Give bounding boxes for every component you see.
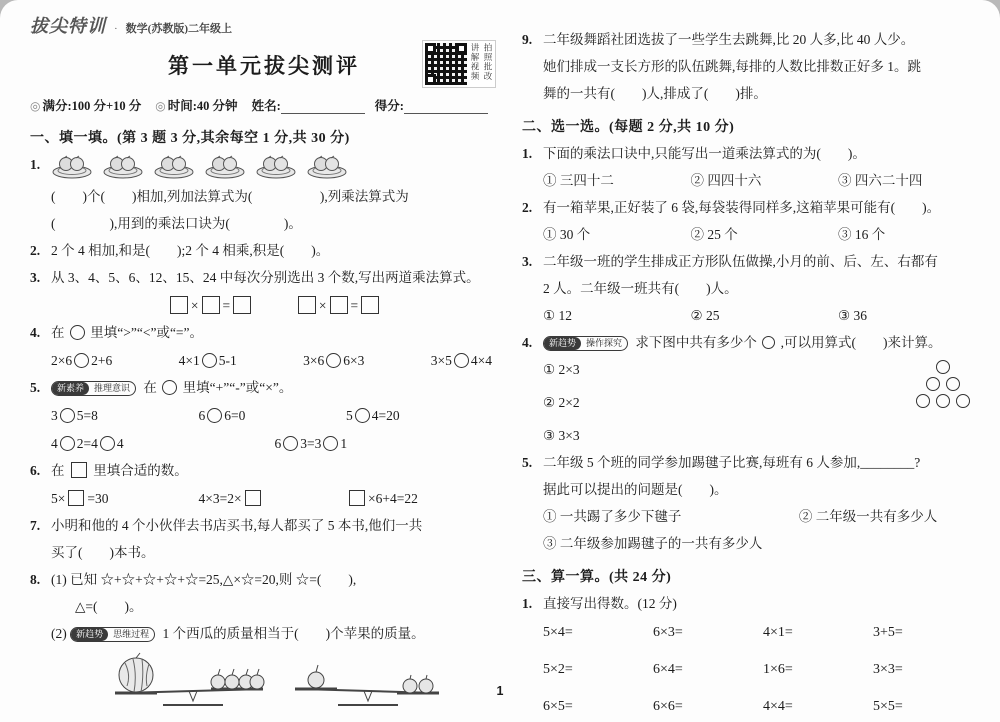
question-3: 3. 从 3、4、5、6、12、15、24 中每次分别选出 3 个数,写出两道乘… bbox=[30, 268, 498, 315]
score-label: 得分: bbox=[375, 96, 404, 114]
diagram-circle bbox=[936, 394, 950, 408]
question-6-intro-post: 里填合适的数。 bbox=[93, 463, 188, 478]
question-7: 7. 小明和他的 4 个小伙伴去书店买书,每人都买了 5 本书,他们一共 买了(… bbox=[30, 516, 498, 562]
qr-caption-grade: 拍照批改 bbox=[483, 43, 493, 85]
choice-5-line2: 据此可以提出的问题是( )。 bbox=[543, 480, 986, 499]
answer-circle bbox=[60, 408, 75, 423]
new-trend-badge: 新趋势思维过程 bbox=[70, 627, 155, 642]
fill-expression: 4×3=2× bbox=[199, 489, 347, 508]
compare-expression: 3×66×3 bbox=[303, 351, 364, 370]
answer-box bbox=[170, 296, 188, 314]
paper-sheet: 拔尖特训 · 数学(苏教版)二年级上 第一单元拔尖测评 讲解视频 拍照批改 ◎ … bbox=[0, 0, 1000, 722]
calc-1-text: 直接写出得数。(12 分) bbox=[543, 596, 677, 611]
answer-circle bbox=[100, 436, 115, 451]
question-2: 2. 2 个 4 相加,和是( );2 个 4 相乘,积是( )。 bbox=[30, 241, 498, 260]
diagram-circle bbox=[916, 394, 930, 408]
question-number: 4. bbox=[30, 323, 40, 342]
choice-4-text-post: ,可以用算式( )来计算。 bbox=[781, 335, 942, 350]
question-5-intro-post: 里填“+”“-”或“×”。 bbox=[183, 380, 293, 395]
brand-row: 拔尖特训 · 数学(苏教版)二年级上 bbox=[30, 12, 498, 36]
calc-grid: 5×4= 6×3= 4×1= 3+5= 5×2= 6×4= 1×6= 3×3= … bbox=[522, 625, 986, 715]
answer-circle bbox=[355, 408, 370, 423]
choice-question-3: 3. 二年级一班的学生排成正方形队伍做操,小月的前、后、左、右都有 2 人。二年… bbox=[522, 252, 986, 325]
question-number: 1. bbox=[522, 594, 532, 613]
choice-4-text-pre: 求下图中共有多少个 bbox=[635, 335, 757, 350]
answer-circle bbox=[74, 353, 89, 368]
question-9-line2: 她们排成一支长方形的队伍跳舞,每排的人数比排数正好多 1。跳 bbox=[543, 57, 986, 76]
question-5-row1: 35=8 66=0 54=20 bbox=[51, 406, 498, 425]
answer-circle bbox=[207, 408, 222, 423]
choice-question-5: 5. 二年级 5 个班的同学参加踢毽子比赛,每班有 6 人参加,________… bbox=[522, 453, 986, 553]
calc-item: 4×4= bbox=[763, 699, 873, 715]
question-8-part1-line1: (1) 已知 ☆+☆+☆+☆+☆=25,△×☆=20,则 ☆=( ), bbox=[51, 570, 498, 589]
question-6-expressions: 5×=30 4×3=2× ×6+4=22 bbox=[51, 489, 498, 508]
choice-1-options: ① 三四十二 ② 四四十六 ③ 四六二十四 bbox=[543, 171, 986, 190]
operator-expression: 63=31 bbox=[275, 434, 423, 453]
question-3-equations: ×= ×= bbox=[51, 296, 498, 315]
question-number: 1. bbox=[522, 144, 532, 163]
question-4-intro-post: 里填“>”“<”或“=”。 bbox=[90, 325, 203, 340]
fill-expression: ×6+4=22 bbox=[346, 489, 494, 508]
option: ① 12 bbox=[543, 306, 691, 325]
question-8: 8. (1) 已知 ☆+☆+☆+☆+☆=25,△×☆=20,则 ☆=( ), △… bbox=[30, 570, 498, 722]
option: ② 四四十六 bbox=[691, 171, 839, 190]
brand-dot: · bbox=[114, 23, 118, 35]
answer-circle bbox=[70, 325, 85, 340]
brand-logo: 拔尖特训 bbox=[30, 12, 106, 38]
question-number: 2. bbox=[522, 198, 532, 217]
question-9: 9. 二年级舞蹈社团选拔了一些学生去跳舞,比 20 人多,比 40 人少。 她们… bbox=[522, 30, 986, 103]
choice-2-text: 有一箱苹果,正好装了 6 袋,每袋装得同样多,这箱苹果可能有( )。 bbox=[543, 198, 986, 217]
diagram-circle bbox=[956, 394, 970, 408]
left-page: 拔尖特训 · 数学(苏教版)二年级上 第一单元拔尖测评 讲解视频 拍照批改 ◎ … bbox=[30, 12, 498, 722]
time-label: 时间:40 分钟 bbox=[168, 96, 238, 114]
operator-expression: 54=20 bbox=[346, 406, 494, 425]
choice-3-options: ① 12 ② 25 ③ 36 bbox=[543, 306, 986, 325]
times-sign: × bbox=[191, 298, 199, 313]
full-score-label: 满分:100 分+10 分 bbox=[42, 96, 141, 114]
answer-circle bbox=[323, 436, 338, 451]
qr-block: 讲解视频 拍照批改 bbox=[422, 40, 496, 88]
calc-item: 6×3= bbox=[653, 625, 763, 641]
calc-item: 3×3= bbox=[873, 662, 986, 678]
option: ② 25 个 bbox=[691, 225, 839, 244]
peach-plate-icon bbox=[255, 155, 297, 179]
question-2-text: 2 个 4 相加,和是( );2 个 4 相乘,积是( )。 bbox=[51, 243, 329, 258]
answer-circle bbox=[60, 436, 75, 451]
compare-expression: 2×62+6 bbox=[51, 351, 112, 370]
equals-sign: = bbox=[223, 298, 231, 313]
question-6: 6. 在 里填合适的数。 5×=30 4×3=2× ×6+4=22 bbox=[30, 461, 498, 508]
question-3-text: 从 3、4、5、6、12、15、24 中每次分别选出 3 个数,写出两道乘法算式… bbox=[51, 270, 480, 285]
choice-question-4: 4. 新趋势操作探究 求下图中共有多少个 ,可以用算式( )来计算。 ① 2×3… bbox=[522, 333, 986, 445]
question-8-part2: (2) 新趋势思维过程 1 个西瓜的质量相当于( )个苹果的质量。 bbox=[51, 624, 498, 643]
answer-box bbox=[298, 296, 316, 314]
peach-plates-image bbox=[51, 155, 498, 179]
bullet-icon: ◎ bbox=[30, 99, 40, 114]
section2-heading: 二、选一选。(每题 2 分,共 10 分) bbox=[522, 116, 986, 136]
calc-item: 1×6= bbox=[763, 662, 873, 678]
answer-circle bbox=[283, 436, 298, 451]
peach-plate-icon bbox=[204, 155, 246, 179]
question-1-line2: ( ),用到的乘法口诀为( )。 bbox=[51, 214, 498, 233]
calc-item: 5×4= bbox=[543, 625, 653, 641]
new-literacy-badge: 新素养推理意识 bbox=[51, 381, 136, 396]
calc-item: 3+5= bbox=[873, 625, 986, 641]
compare-expression: 3×54×4 bbox=[431, 351, 492, 370]
question-1-line1: ( )个( )相加,列加法算式为( ),列乘法算式为 bbox=[51, 187, 498, 206]
operator-expression: 35=8 bbox=[51, 406, 199, 425]
calc-item: 6×6= bbox=[653, 699, 763, 715]
operator-expression: 42=44 bbox=[51, 434, 275, 453]
answer-circle bbox=[762, 336, 775, 349]
question-number: 4. bbox=[522, 333, 532, 352]
option: ① 三四十二 bbox=[543, 171, 691, 190]
qr-finder-icon bbox=[456, 43, 467, 54]
option: ② 二年级一共有多少人 bbox=[799, 509, 937, 524]
answer-circle bbox=[202, 353, 217, 368]
question-number: 3. bbox=[522, 252, 532, 271]
calc-question-1: 1. 直接写出得数。(12 分) bbox=[522, 594, 986, 613]
calc-item: 4×1= bbox=[763, 625, 873, 641]
question-4-intro-pre: 在 bbox=[51, 325, 65, 340]
peach-plate-icon bbox=[102, 155, 144, 179]
choice-3-line1: 二年级一班的学生排成正方形队伍做操,小月的前、后、左、右都有 bbox=[543, 252, 986, 271]
choice-3-line2: 2 人。二年级一班共有( )人。 bbox=[543, 279, 986, 298]
choice-5-line1: 二年级 5 个班的同学参加踢毽子比赛,每班有 6 人参加,________? bbox=[543, 453, 986, 472]
calc-item: 5×2= bbox=[543, 662, 653, 678]
diagram-circle bbox=[936, 360, 950, 374]
question-4: 4. 在 里填“>”“<”或“=”。 2×62+6 4×15-1 3×66×3 … bbox=[30, 323, 498, 370]
page-number: 1 bbox=[0, 684, 1000, 698]
brand-series: 数学(苏教版)二年级上 bbox=[126, 20, 232, 36]
new-trend-badge: 新趋势操作探究 bbox=[543, 336, 628, 351]
question-number: 5. bbox=[30, 378, 40, 397]
choice-question-2: 2. 有一箱苹果,正好装了 6 袋,每袋装得同样多,这箱苹果可能有( )。 ① … bbox=[522, 198, 986, 244]
option: ① 30 个 bbox=[543, 225, 691, 244]
part2-label: (2) bbox=[51, 626, 67, 641]
answer-box bbox=[71, 462, 87, 478]
question-5-row2: 42=44 63=31 bbox=[51, 434, 498, 453]
name-blank bbox=[281, 101, 365, 114]
question-number: 6. bbox=[30, 461, 40, 480]
question-number: 5. bbox=[522, 453, 532, 472]
answer-box bbox=[68, 490, 84, 506]
section3-heading: 三、算一算。(共 24 分) bbox=[522, 566, 986, 586]
circle-triangle-diagram bbox=[904, 357, 982, 408]
fill-expression: 5×=30 bbox=[51, 489, 199, 508]
diagram-circle bbox=[946, 377, 960, 391]
name-label: 姓名: bbox=[252, 96, 281, 114]
answer-circle bbox=[162, 380, 177, 395]
question-5: 5. 新素养推理意识 在 里填“+”“-”或“×”。 35=8 66=0 54=… bbox=[30, 378, 498, 453]
answer-circle bbox=[326, 353, 341, 368]
answer-box bbox=[202, 296, 220, 314]
diagram-circle bbox=[926, 377, 940, 391]
calc-item: 6×4= bbox=[653, 662, 763, 678]
question-7-line2: 买了( )本书。 bbox=[51, 543, 498, 562]
question-8-part1-line2: △=( )。 bbox=[51, 597, 498, 616]
bullet-icon: ◎ bbox=[155, 99, 165, 114]
calc-item: 6×5= bbox=[543, 699, 653, 715]
question-9-line1: 二年级舞蹈社团选拔了一些学生去跳舞,比 20 人多,比 40 人少。 bbox=[543, 30, 986, 49]
choice-5-options-row1: ① 一共踢了多少下毽子 ② 二年级一共有多少人 bbox=[543, 507, 986, 526]
score-blank bbox=[404, 101, 488, 114]
question-number: 1. bbox=[30, 155, 40, 174]
operator-expression: 66=0 bbox=[199, 406, 347, 425]
qr-finder-icon bbox=[425, 43, 436, 54]
answer-circle bbox=[454, 353, 469, 368]
question-1: 1. ( )个( )相加,列加法算式为( ),列乘法算式为 ( ),用到的乘法口… bbox=[30, 155, 498, 233]
choice-1-text: 下面的乘法口诀中,只能写出一道乘法算式的为( )。 bbox=[543, 144, 986, 163]
answer-box bbox=[349, 490, 365, 506]
option: ① 一共踢了多少下毽子 bbox=[543, 507, 796, 526]
qr-caption-video: 讲解视频 bbox=[470, 43, 480, 85]
choice-2-options: ① 30 个 ② 25 个 ③ 16 个 bbox=[543, 225, 986, 244]
calc-item: 5×5= bbox=[873, 699, 986, 715]
question-number: 2. bbox=[30, 241, 40, 260]
qr-finder-icon bbox=[425, 74, 436, 85]
question-6-intro-pre: 在 bbox=[51, 463, 65, 478]
compare-expression: 4×15-1 bbox=[179, 351, 237, 370]
question-5-intro-pre: 在 bbox=[143, 380, 157, 395]
peach-plate-icon bbox=[51, 155, 93, 179]
question-8-part2-text: 1 个西瓜的质量相当于( )个苹果的质量。 bbox=[163, 626, 425, 641]
answer-box bbox=[361, 296, 379, 314]
choice-question-1: 1. 下面的乘法口诀中,只能写出一道乘法算式的为( )。 ① 三四十二 ② 四四… bbox=[522, 144, 986, 190]
option: ③ 四六二十四 bbox=[838, 171, 986, 190]
question-number: 9. bbox=[522, 30, 532, 49]
question-7-line1: 小明和他的 4 个小伙伴去书店买书,每人都买了 5 本书,他们一共 bbox=[51, 516, 498, 535]
option: ③ 3×3 bbox=[543, 426, 986, 445]
times-sign: × bbox=[319, 298, 327, 313]
question-9-line3: 舞的一共有( )人,排成了( )排。 bbox=[543, 84, 986, 103]
peach-plate-icon bbox=[306, 155, 348, 179]
question-number: 3. bbox=[30, 268, 40, 287]
answer-box bbox=[330, 296, 348, 314]
question-4-expressions: 2×62+6 4×15-1 3×66×3 3×54×4 bbox=[51, 351, 498, 370]
equals-sign: = bbox=[351, 298, 359, 313]
option: ③ 16 个 bbox=[838, 225, 986, 244]
option: ③ 二年级参加踢毽子的一共有多少人 bbox=[543, 534, 986, 553]
option: ② 25 bbox=[691, 306, 839, 325]
answer-box bbox=[233, 296, 251, 314]
section1-heading: 一、填一填。(第 3 题 3 分,其余每空 1 分,共 30 分) bbox=[30, 127, 498, 147]
answer-box bbox=[245, 490, 261, 506]
exam-info-row: ◎ 满分:100 分+10 分 ◎ 时间:40 分钟 姓名: 得分: bbox=[30, 96, 498, 114]
qr-code-image bbox=[425, 43, 467, 85]
question-number: 8. bbox=[30, 570, 40, 589]
peach-plate-icon bbox=[153, 155, 195, 179]
question-number: 7. bbox=[30, 516, 40, 535]
right-page: 9. 二年级舞蹈社团选拔了一些学生去跳舞,比 20 人多,比 40 人少。 她们… bbox=[522, 30, 986, 715]
option: ③ 36 bbox=[838, 306, 986, 325]
